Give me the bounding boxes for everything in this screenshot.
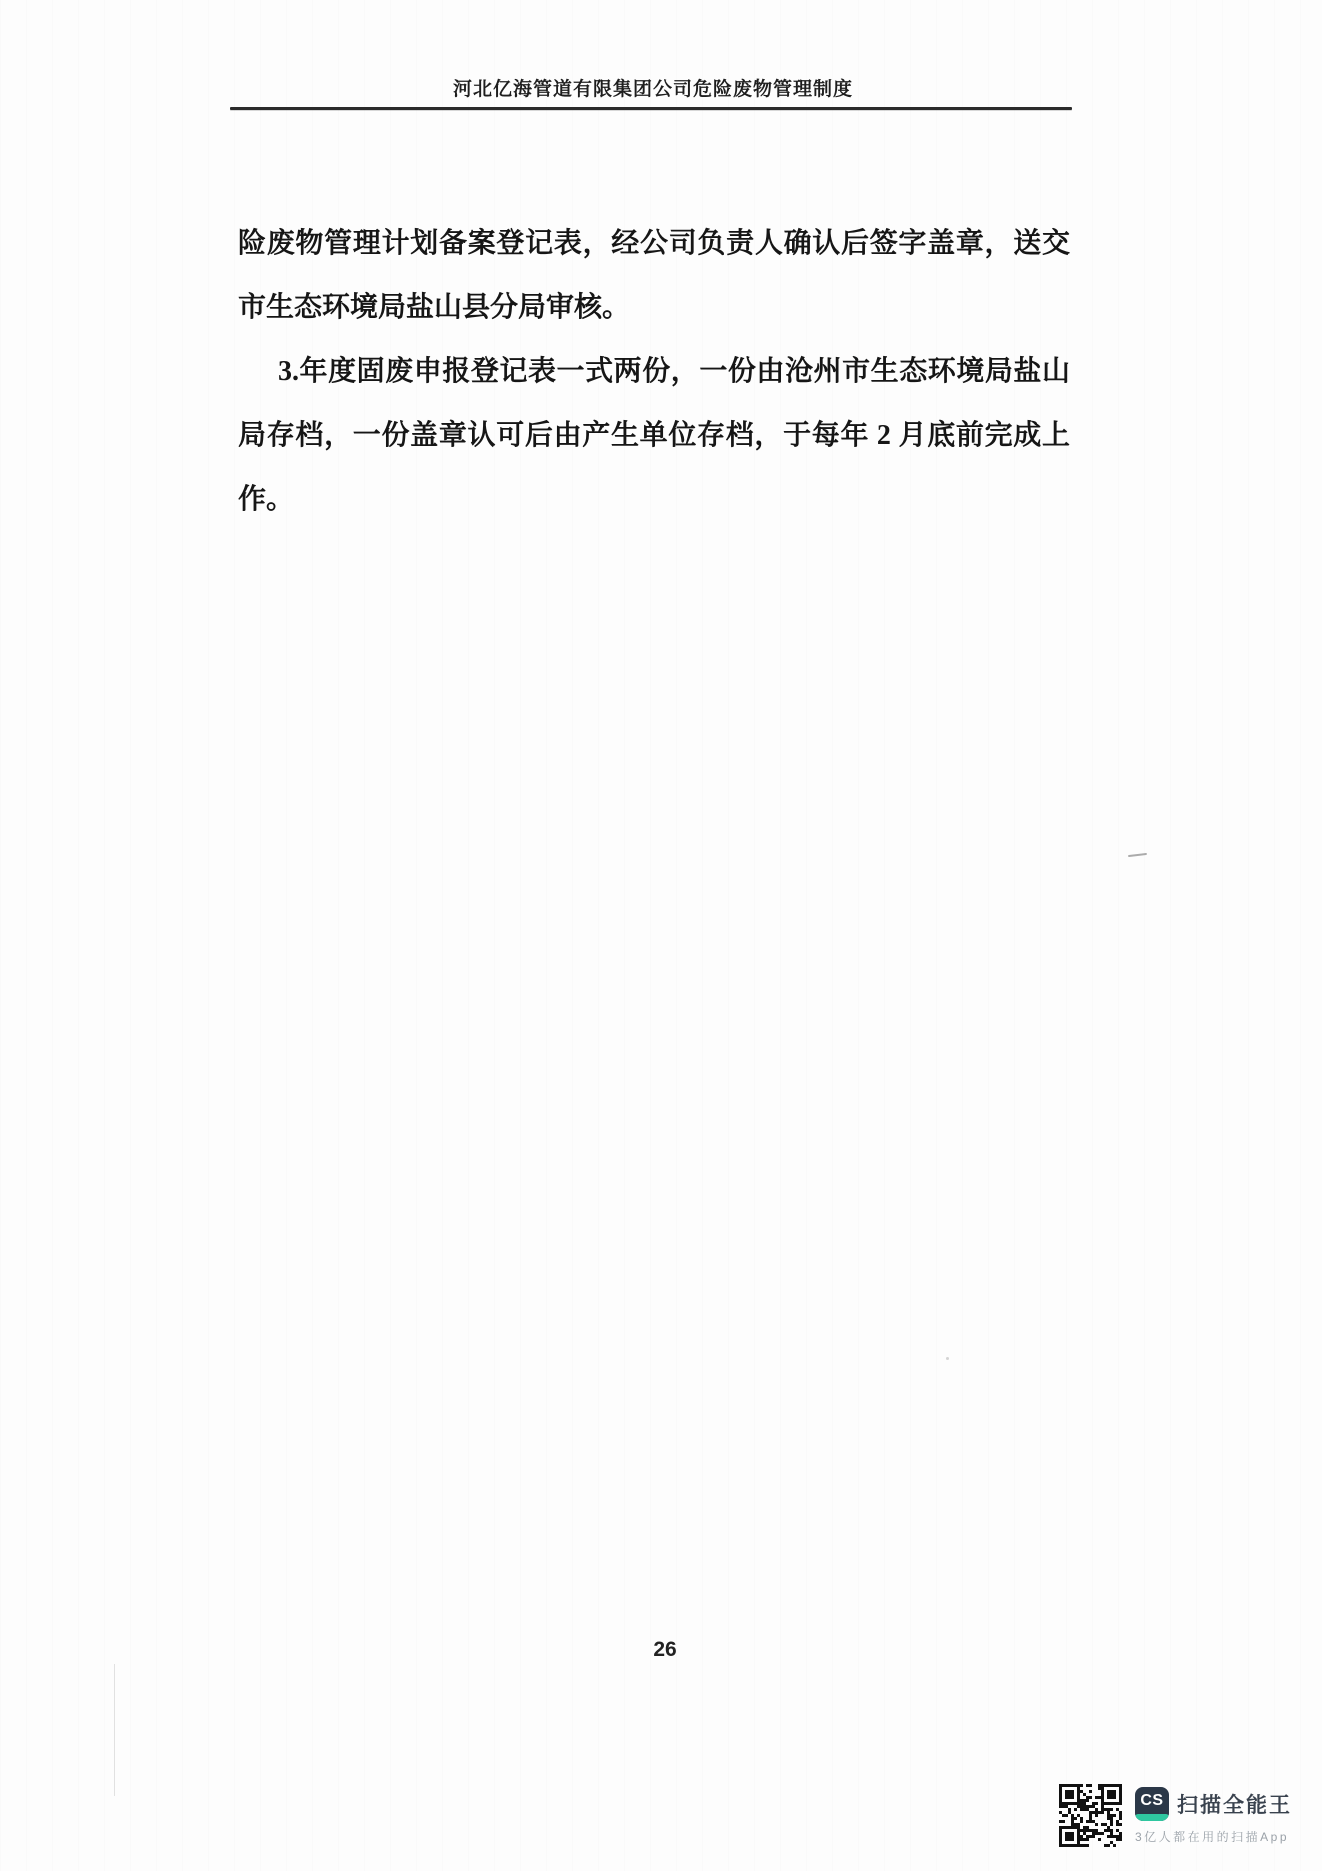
- document-body: 险废物管理计划备案登记表，经公司负责人确认后签字盖章，送交沧州 市生态环境局盐山…: [238, 212, 1070, 532]
- body-line: 市生态环境局盐山县分局审核。: [238, 276, 1070, 340]
- scan-artifact-dash: [1128, 853, 1147, 857]
- page-number: 26: [0, 1638, 1322, 1662]
- body-line: 3.年度固废申报登记表一式两份，一份由沧州市生态环境局盐山县分: [238, 340, 1070, 404]
- header-divider-rule: [230, 107, 1072, 110]
- document-header-title: 河北亿海管道有限集团公司危险废物管理制度: [0, 74, 1306, 101]
- camscanner-tagline: 3亿人都在用的扫描App: [1135, 1828, 1289, 1845]
- scanned-document-page: 河北亿海管道有限集团公司危险废物管理制度 险废物管理计划备案登记表，经公司负责人…: [0, 0, 1322, 1871]
- scan-artifact-edge-line: [114, 1664, 115, 1796]
- qr-code-icon: [1059, 1784, 1122, 1847]
- body-line: 局存档，一份盖章认可后由产生单位存档，于每年 2 月底前完成上报工: [238, 404, 1070, 468]
- camscanner-logo-text: CS: [1135, 1787, 1169, 1814]
- body-line: 险废物管理计划备案登记表，经公司负责人确认后签字盖章，送交沧州: [238, 212, 1070, 276]
- camscanner-app-name: 扫描全能王: [1177, 1789, 1292, 1819]
- body-line: 作。: [238, 468, 1070, 532]
- camscanner-logo-accent-bar: [1135, 1814, 1169, 1821]
- camscanner-logo-icon: CS: [1135, 1787, 1169, 1821]
- scan-artifact-dot: [946, 1357, 949, 1360]
